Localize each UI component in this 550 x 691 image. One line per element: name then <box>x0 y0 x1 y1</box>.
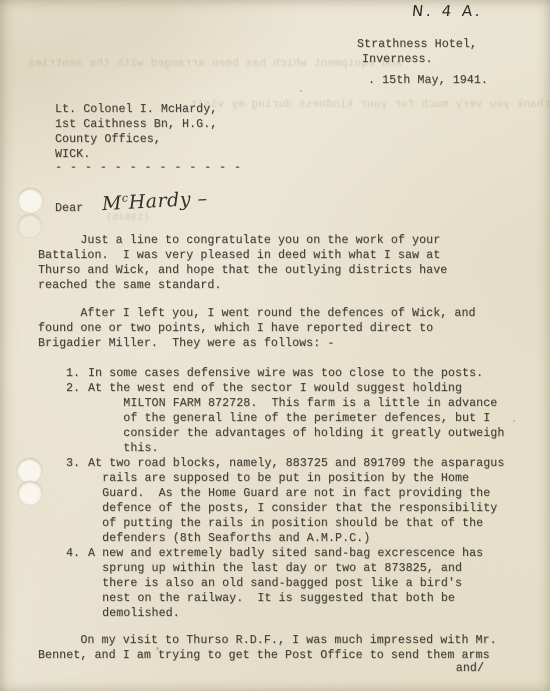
bleedthrough-line: thank you very much for your kindness du… <box>190 99 550 111</box>
paragraph-1: Just a line to congratulate you on the w… <box>38 233 520 293</box>
handwritten-name: McHardy – <box>101 187 208 215</box>
list-item: 3. At two road blocks, namely, 883725 an… <box>38 456 520 546</box>
address-line: 1st Caithness Bn, H.G., <box>55 117 241 132</box>
address-underline: - - - - - - - - - - - - - <box>55 160 241 175</box>
salutation-typed: Dear <box>55 201 83 216</box>
list-item: 4. A new and extremely badly sited sand-… <box>38 546 520 621</box>
hotel-city: Inverness. <box>357 52 488 67</box>
item-number: 2. <box>66 381 88 396</box>
recipient-address: Lt. Colonel I. McHardy, 1st Caithness Bn… <box>55 102 241 175</box>
letterhead: Strathness Hotel, Inverness. . 15th May,… <box>357 37 488 88</box>
list-item: 1. In some cases defensive wire was too … <box>38 366 520 381</box>
bleedthrough-line: and equipment which has been arranged wi… <box>28 58 402 70</box>
closing-paragraph: On my visit to Thurso R.D.F., I was much… <box>38 633 520 663</box>
handwritten-initial: M <box>102 192 123 215</box>
item-text: In some cases defensive wire was too clo… <box>88 366 520 381</box>
address-line: Lt. Colonel I. McHardy, <box>55 102 241 117</box>
address-line: County Offices, <box>55 132 241 147</box>
item-number: 1. <box>66 366 88 381</box>
paragraph-2: After I left you, I went round the defen… <box>38 306 520 351</box>
punch-hole <box>18 188 43 213</box>
letter-date: . 15th May, 1941. <box>357 73 488 88</box>
item-text: At two road blocks, namely, 883725 and 8… <box>88 456 520 546</box>
letter-body: Just a line to congratulate you on the w… <box>38 233 520 676</box>
page-continuation-mark: and/ <box>38 661 520 676</box>
handwritten-rest: Hardy – <box>128 188 208 214</box>
numbered-list: 1. In some cases defensive wire was too … <box>38 366 520 621</box>
list-item: 2. At the west end of the sector I would… <box>38 381 520 456</box>
item-text: At the west end of the sector I would su… <box>88 381 520 456</box>
bleedthrough-line: (19645) <box>106 213 149 224</box>
hotel-name: Strathness Hotel, <box>357 37 488 52</box>
reference-mark: N. 4 A. <box>411 2 484 20</box>
item-text: A new and extremely badly sited sand-bag… <box>88 546 520 621</box>
paper-speck <box>300 90 302 92</box>
scanned-letter-page: and equipment which has been arranged wi… <box>0 0 550 691</box>
item-number: 4. <box>66 546 88 561</box>
item-number: 3. <box>66 456 88 471</box>
